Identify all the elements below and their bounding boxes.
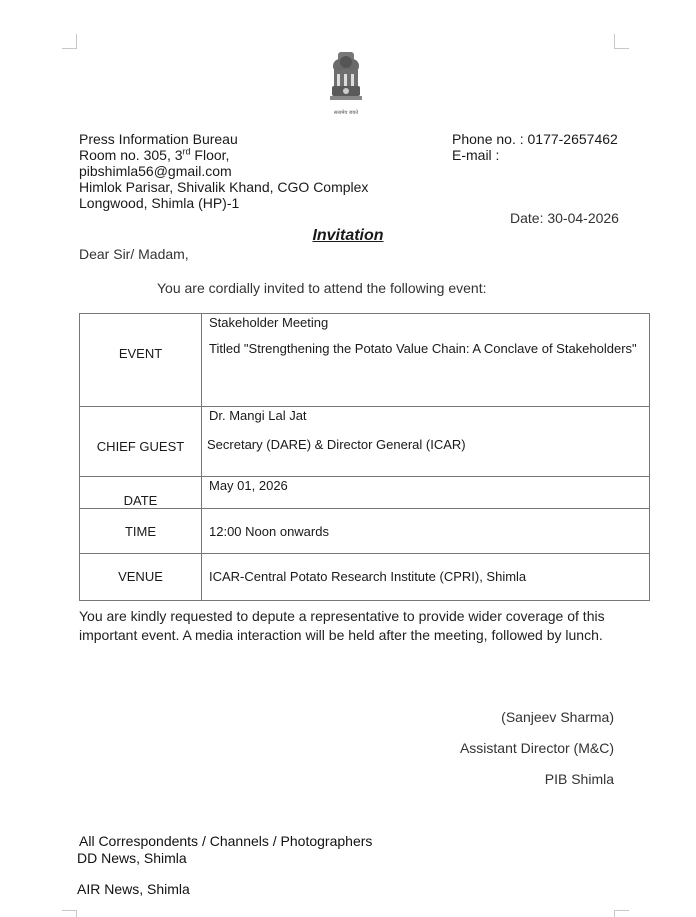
signatory-designation: Assistant Director (M&C) — [460, 740, 614, 756]
chief-guest-label-cell: CHIEF GUEST — [80, 407, 202, 477]
chief-guest-value-cell: Dr. Mangi Lal Jat Secretary (DARE) & Dir… — [202, 407, 650, 477]
contact-phone: Phone no. : 0177-2657462 — [452, 131, 618, 147]
distribution-line-3: AIR News, Shimla — [77, 881, 190, 897]
event-details-table: EVENT Stakeholder Meeting Titled "Streng… — [79, 313, 650, 601]
table-row-date: DATE May 01, 2026 — [80, 477, 650, 509]
sender-organization: Press Information Bureau — [79, 131, 368, 147]
table-row-time: TIME 12:00 Noon onwards — [80, 509, 650, 554]
contact-email-label: E-mail : — [452, 147, 618, 163]
event-venue: ICAR-Central Potato Research Institute (… — [209, 569, 644, 585]
sender-email: pibshimla56@gmail.com — [79, 163, 368, 179]
chief-guest-name: Dr. Mangi Lal Jat — [209, 408, 644, 424]
venue-value-cell: ICAR-Central Potato Research Institute (… — [202, 554, 650, 601]
request-paragraph: You are kindly requested to depute a rep… — [79, 607, 619, 645]
table-row-chief-guest: CHIEF GUEST Dr. Mangi Lal Jat Secretary … — [80, 407, 650, 477]
sender-address-block: Press Information Bureau Room no. 305, 3… — [79, 131, 368, 211]
event-label-cell: EVENT — [80, 314, 202, 407]
event-date: May 01, 2026 — [209, 478, 644, 494]
venue-label-cell: VENUE — [80, 554, 202, 601]
date-value-cell: May 01, 2026 — [202, 477, 650, 509]
sender-room: Room no. 305, 3rd Floor, — [79, 147, 368, 163]
page-corner-mark — [614, 34, 629, 49]
sender-address-line2: Longwood, Shimla (HP)-1 — [79, 195, 368, 211]
event-type: Stakeholder Meeting — [209, 315, 644, 331]
contact-block: Phone no. : 0177-2657462 E-mail : — [452, 131, 618, 163]
emblem-motto: सत्यमेव जयते — [320, 110, 372, 116]
event-time: 12:00 Noon onwards — [209, 524, 644, 540]
event-value-cell: Stakeholder Meeting Titled "Strengthenin… — [202, 314, 650, 407]
distribution-line-1: All Correspondents / Channels / Photogra… — [79, 833, 372, 849]
salutation: Dear Sir/ Madam, — [79, 246, 189, 262]
letter-date: Date: 30-04-2026 — [510, 210, 619, 226]
event-title: Titled "Strengthening the Potato Value C… — [209, 337, 644, 361]
page-corner-mark — [62, 910, 77, 917]
signatory-office: PIB Shimla — [545, 771, 614, 787]
intro-text: You are cordially invited to attend the … — [157, 280, 486, 296]
time-value-cell: 12:00 Noon onwards — [202, 509, 650, 554]
time-label-cell: TIME — [80, 509, 202, 554]
page-corner-mark — [614, 910, 629, 917]
signatory-name: (Sanjeev Sharma) — [501, 709, 614, 725]
sender-address-line1: Himlok Parisar, Shivalik Khand, CGO Comp… — [79, 179, 368, 195]
table-row-venue: VENUE ICAR-Central Potato Research Insti… — [80, 554, 650, 601]
chief-guest-designation: Secretary (DARE) & Director General (ICA… — [207, 437, 644, 453]
date-label-cell: DATE — [80, 477, 202, 509]
page-corner-mark — [62, 34, 77, 49]
table-row-event: EVENT Stakeholder Meeting Titled "Streng… — [80, 314, 650, 407]
distribution-line-2: DD News, Shimla — [77, 850, 187, 866]
ashoka-emblem-icon: सत्यमेव जयते — [320, 48, 372, 118]
letter-title: Invitation — [0, 227, 696, 245]
